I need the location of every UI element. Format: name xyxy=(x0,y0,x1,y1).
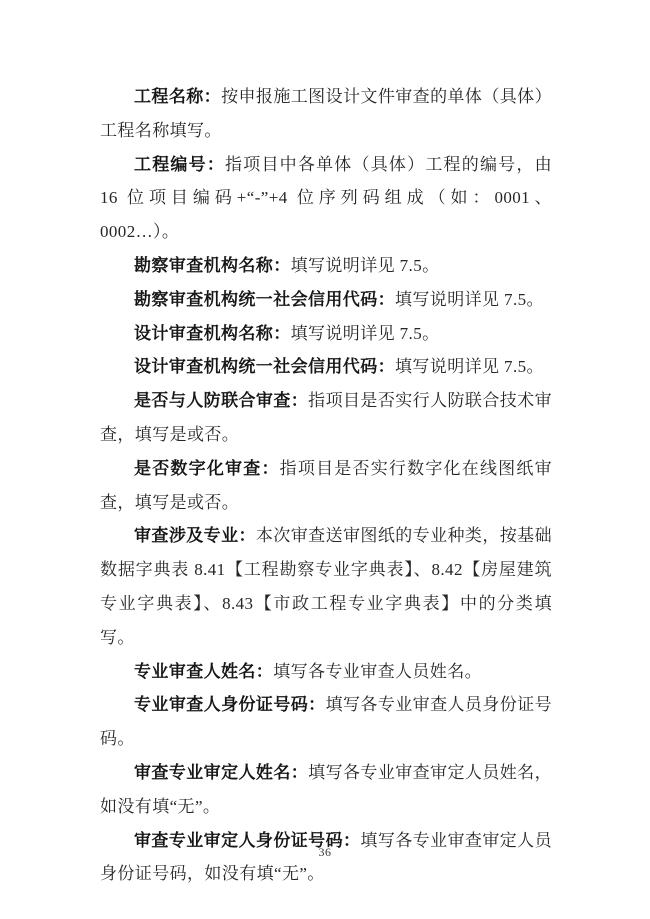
paragraph-term: 审查涉及专业： xyxy=(134,526,256,545)
paragraph: 专业审查人身份证号码：填写各专业审查人员身份证号码。 xyxy=(100,688,552,756)
paragraph-text: 填写说明详见 7.5。 xyxy=(395,357,544,376)
paragraph-text: 填写各专业审查人员姓名。 xyxy=(273,662,482,681)
paragraph: 设计审查机构统一社会信用代码：填写说明详见 7.5。 xyxy=(100,350,552,384)
document-page: 工程名称：按申报施工图设计文件审查的单体（具体）工程名称填写。 工程编号：指项目… xyxy=(0,0,650,919)
paragraph-term: 勘察审查机构统一社会信用代码： xyxy=(134,290,395,309)
paragraph: 审查专业审定人姓名：填写各专业审查审定人员姓名，如没有填“无”。 xyxy=(100,756,552,824)
paragraph: 工程编号：指项目中各单体（具体）工程的编号，由 16 位项目编码+“-”+4 位… xyxy=(100,148,552,249)
paragraph: 专业审查人姓名：填写各专业审查人员姓名。 xyxy=(100,655,552,689)
paragraph-term: 工程名称： xyxy=(134,87,221,106)
paragraph-text: 填写说明详见 7.5。 xyxy=(395,290,544,309)
paragraph-term: 设计审查机构名称： xyxy=(134,324,291,343)
page-number: 36 xyxy=(0,845,650,860)
document-body: 工程名称：按申报施工图设计文件审查的单体（具体）工程名称填写。 工程编号：指项目… xyxy=(100,80,552,891)
paragraph-term: 设计审查机构统一社会信用代码： xyxy=(134,357,395,376)
paragraph-term: 专业审查人身份证号码： xyxy=(134,695,326,714)
paragraph: 是否与人防联合审查：指项目是否实行人防联合技术审查，填写是或否。 xyxy=(100,384,552,452)
paragraph: 是否数字化审查：指项目是否实行数字化在线图纸审查，填写是或否。 xyxy=(100,452,552,520)
paragraph-term: 是否与人防联合审查： xyxy=(134,391,308,410)
paragraph-term: 专业审查人姓名： xyxy=(134,662,273,681)
paragraph-text: 填写说明详见 7.5。 xyxy=(291,324,440,343)
paragraph-term: 勘察审查机构名称： xyxy=(134,256,291,275)
paragraph: 设计审查机构名称：填写说明详见 7.5。 xyxy=(100,317,552,351)
paragraph-term: 工程编号： xyxy=(134,155,225,174)
paragraph-text: 填写说明详见 7.5。 xyxy=(291,256,440,275)
paragraph: 工程名称：按申报施工图设计文件审查的单体（具体）工程名称填写。 xyxy=(100,80,552,148)
paragraph: 勘察审查机构统一社会信用代码：填写说明详见 7.5。 xyxy=(100,283,552,317)
paragraph-term: 是否数字化审查： xyxy=(134,459,280,478)
paragraph-term: 审查专业审定人姓名： xyxy=(134,763,308,782)
paragraph: 勘察审查机构名称：填写说明详见 7.5。 xyxy=(100,249,552,283)
paragraph: 审查涉及专业：本次审查送审图纸的专业种类，按基础数据字典表 8.41【工程勘察专… xyxy=(100,519,552,654)
